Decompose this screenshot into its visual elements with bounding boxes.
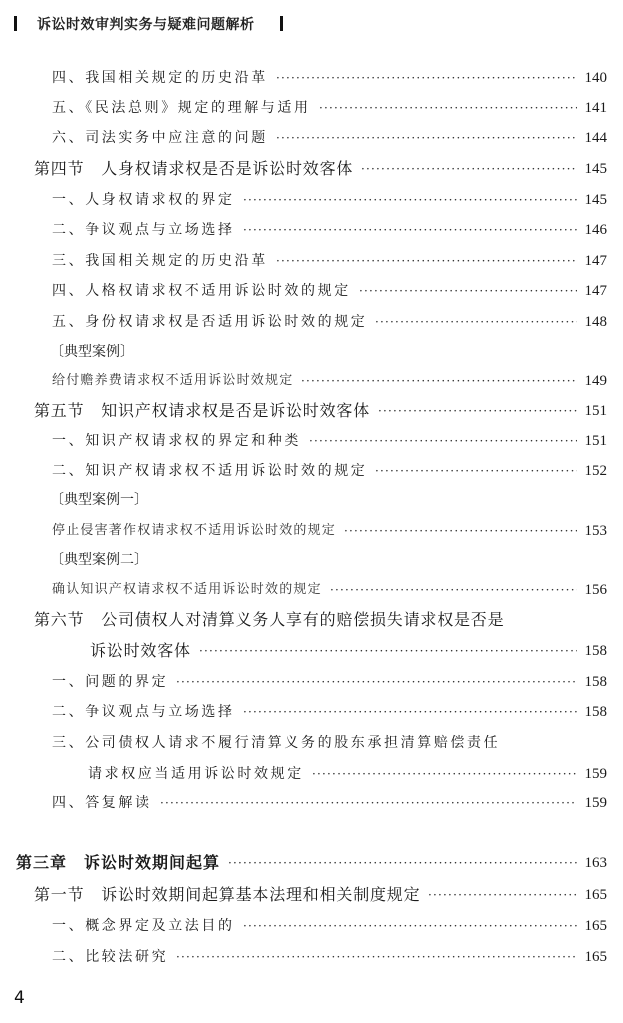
- leader-dots: ········································…: [199, 639, 577, 663]
- toc-entry-item[interactable]: ········································…: [0, 218, 623, 242]
- toc-entry-page: 152: [585, 459, 608, 483]
- toc-entry-title: 五、《民法总则》规定的理解与适用: [52, 96, 317, 120]
- leader-dots: ········································…: [378, 399, 577, 423]
- toc-entry-page: 165: [585, 914, 608, 938]
- toc-entry-title: 二、比较法研究: [52, 945, 174, 969]
- leader-dots: ········································…: [276, 249, 577, 273]
- toc-entry-page: 147: [585, 249, 608, 273]
- toc-entry-title: 〔典型案例〕: [50, 340, 140, 364]
- leader-dots: ········································…: [359, 279, 577, 303]
- toc-entry-section[interactable]: ········································…: [0, 883, 623, 907]
- toc-entry-title: 四、答复解读: [52, 791, 158, 815]
- toc-entry-title: 确认知识产权请求权不适用诉讼时效的规定: [52, 578, 328, 602]
- toc-entry-page: 159: [585, 791, 608, 815]
- toc-entry-case-tag[interactable]: 〔典型案例二〕: [0, 548, 623, 572]
- toc-entry-title: 〔典型案例二〕: [50, 548, 154, 572]
- running-head-bar-right: [280, 16, 283, 31]
- toc-entry-title: 四、我国相关规定的历史沿革: [52, 66, 274, 90]
- toc-entry-page: 151: [585, 429, 608, 453]
- toc-entry-item[interactable]: ········································…: [0, 279, 623, 303]
- toc-entry-case[interactable]: ········································…: [0, 519, 623, 543]
- toc-entry-page: 147: [585, 279, 608, 303]
- toc-entry-section[interactable]: ········································…: [0, 157, 623, 181]
- toc-entry-page: 153: [585, 519, 608, 543]
- toc-entry-case[interactable]: ········································…: [0, 578, 623, 602]
- toc-entry-item[interactable]: ········································…: [0, 670, 623, 694]
- toc-entry-page: 165: [585, 945, 608, 969]
- leader-dots: ········································…: [176, 670, 577, 694]
- toc-entry-title: 第三章 诉讼时效期间起算: [16, 851, 226, 875]
- leader-dots: ········································…: [375, 459, 577, 483]
- leader-dots: ········································…: [228, 851, 577, 875]
- leader-dots: ········································…: [312, 762, 577, 786]
- toc-entry-case-tag[interactable]: 〔典型案例〕: [0, 340, 623, 364]
- toc-entry-title: 第四节 人身权请求权是否是诉讼时效客体: [34, 157, 359, 181]
- leader-dots: ········································…: [361, 157, 577, 181]
- toc-entry-case-tag[interactable]: 〔典型案例一〕: [0, 488, 623, 512]
- toc-entry-item[interactable]: ········································…: [0, 188, 623, 212]
- toc-entry-item[interactable]: ········································…: [0, 791, 623, 815]
- toc-entry-page: 163: [585, 851, 608, 875]
- leader-dots: ········································…: [176, 945, 577, 969]
- running-head-bar-left: [14, 16, 17, 31]
- toc-entry-item[interactable]: ········································…: [0, 700, 623, 724]
- toc-entry-item[interactable]: ········································…: [0, 429, 623, 453]
- toc-entry-title: 三、公司债权人请求不履行清算义务的股东承担清算赔偿责任: [52, 731, 506, 755]
- toc-entry-item[interactable]: ········································…: [0, 310, 623, 334]
- toc-entry-title: 四、人格权请求权不适用诉讼时效的规定: [52, 279, 357, 303]
- leader-dots: ········································…: [276, 126, 577, 150]
- toc-entry-cont-item[interactable]: ········································…: [0, 762, 623, 786]
- toc-entry-page: 144: [585, 126, 608, 150]
- toc-entry-item[interactable]: ········································…: [0, 249, 623, 273]
- leader-dots: ········································…: [428, 883, 577, 907]
- leader-dots: ········································…: [243, 914, 577, 938]
- leader-dots: ········································…: [330, 578, 577, 602]
- toc-entry-page: 145: [585, 188, 608, 212]
- toc-entry-page: 158: [585, 700, 608, 724]
- leader-dots: ········································…: [309, 429, 577, 453]
- toc-entry-title: 第六节 公司债权人对清算义务人享有的赔偿损失请求权是否是: [34, 608, 510, 632]
- toc-entry-cont-section[interactable]: ········································…: [0, 639, 623, 663]
- toc-entry-title: 第一节 诉讼时效期间起算基本法理和相关制度规定: [34, 883, 426, 907]
- toc-entry-title: 二、争议观点与立场选择: [52, 700, 241, 724]
- toc-entry-item[interactable]: ········································…: [0, 126, 623, 150]
- leader-dots: ········································…: [276, 66, 577, 90]
- toc-entry-page: 151: [585, 399, 608, 423]
- toc-entry-title: 停止侵害著作权请求权不适用诉讼时效的规定: [52, 519, 342, 543]
- toc-entry-page: 165: [585, 883, 608, 907]
- toc-entry-title: 一、问题的界定: [52, 670, 174, 694]
- toc-entry-title: 第五节 知识产权请求权是否是诉讼时效客体: [34, 399, 376, 423]
- page-number: 4: [14, 988, 25, 1008]
- leader-dots: ········································…: [301, 369, 577, 393]
- toc-entry-page: 148: [585, 310, 608, 334]
- toc-entry-section[interactable]: 第六节 公司债权人对清算义务人享有的赔偿损失请求权是否是: [0, 608, 623, 632]
- book-title: 诉讼时效审判实务与疑难问题解析: [37, 14, 255, 34]
- toc-entry-title: 二、知识产权请求权不适用诉讼时效的规定: [52, 459, 373, 483]
- toc-entry-item[interactable]: ········································…: [0, 459, 623, 483]
- toc-entry-title: 一、人身权请求权的界定: [52, 188, 241, 212]
- toc-entry-page: 140: [585, 66, 608, 90]
- toc-entry-title: 三、我国相关规定的历史沿革: [52, 249, 274, 273]
- leader-dots: ········································…: [243, 188, 577, 212]
- toc-entry-title: 一、知识产权请求权的界定和种类: [52, 429, 307, 453]
- toc-entry-item[interactable]: ········································…: [0, 914, 623, 938]
- leader-dots: ········································…: [243, 218, 577, 242]
- toc-entry-title: 二、争议观点与立场选择: [52, 218, 241, 242]
- leader-dots: ········································…: [243, 700, 577, 724]
- toc-entry-title: 诉讼时效客体: [90, 639, 197, 663]
- toc-entry-page: 141: [585, 96, 608, 120]
- toc-entry-title: 五、身份权请求权是否适用诉讼时效的规定: [52, 310, 373, 334]
- toc-entry-item[interactable]: ········································…: [0, 66, 623, 90]
- leader-dots: ········································…: [375, 310, 577, 334]
- toc-entry-page: 156: [585, 578, 608, 602]
- toc-entry-page: 145: [585, 157, 608, 181]
- toc-entry-title: 请求权应当适用诉讼时效规定: [88, 762, 310, 786]
- toc-entry-page: 158: [585, 670, 608, 694]
- running-head: 诉讼时效审判实务与疑难问题解析: [0, 14, 623, 34]
- toc-entry-title: 六、司法实务中应注意的问题: [52, 126, 274, 150]
- toc-entry-section[interactable]: ········································…: [0, 399, 623, 423]
- leader-dots: ········································…: [160, 791, 577, 815]
- leader-dots: ········································…: [319, 96, 577, 120]
- leader-dots: ········································…: [344, 519, 577, 543]
- toc-entry-title: 一、概念界定及立法目的: [52, 914, 241, 938]
- toc-entry-item[interactable]: ········································…: [0, 945, 623, 969]
- toc-entry-page: 159: [585, 762, 608, 786]
- toc-entry-item[interactable]: 三、公司债权人请求不履行清算义务的股东承担清算赔偿责任: [0, 731, 623, 755]
- toc-entry-case[interactable]: ········································…: [0, 369, 623, 393]
- toc-entry-page: 146: [585, 218, 608, 242]
- toc-entry-title: 给付赡养费请求权不适用诉讼时效规定: [52, 369, 299, 393]
- toc-entry-chapter[interactable]: ········································…: [0, 851, 623, 875]
- toc-entry-page: 149: [585, 369, 608, 393]
- toc-entry-title: 〔典型案例一〕: [50, 488, 154, 512]
- toc-entry-page: 158: [585, 639, 608, 663]
- toc-entry-item[interactable]: ········································…: [0, 96, 623, 120]
